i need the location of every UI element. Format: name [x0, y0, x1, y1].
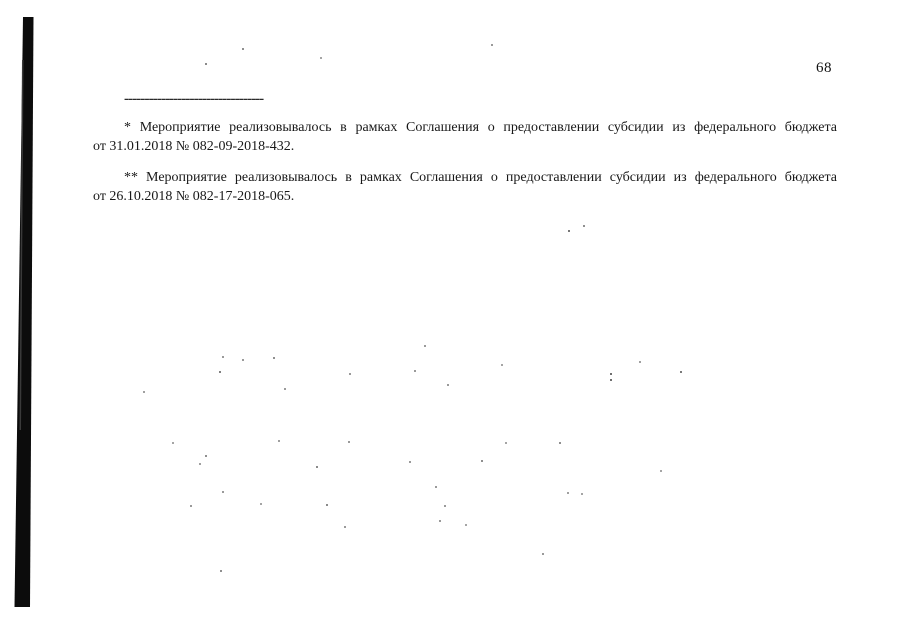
footnote-separator: ----------------------------------	[124, 91, 263, 108]
scanned-document-page: 68 ---------------------------------- * …	[0, 0, 905, 640]
footnote-2-line-1: ** Мероприятие реализовывалось в рамках …	[93, 169, 837, 188]
footnote-1: * Мероприятие реализовывалось в рамках С…	[93, 119, 837, 156]
footnote-2: ** Мероприятие реализовывалось в рамках …	[93, 169, 837, 206]
page-number: 68	[816, 60, 832, 77]
footnote-2-line-2: от 26.10.2018 № 082-17-2018-065.	[93, 188, 837, 207]
footnote-1-line-2: от 31.01.2018 № 082-09-2018-432.	[93, 138, 837, 157]
scan-binding-bar	[0, 0, 45, 640]
scan-noise	[0, 0, 2, 2]
footnote-1-line-1: * Мероприятие реализовывалось в рамках С…	[93, 119, 837, 138]
footnotes-block: * Мероприятие реализовывалось в рамках С…	[93, 119, 837, 206]
